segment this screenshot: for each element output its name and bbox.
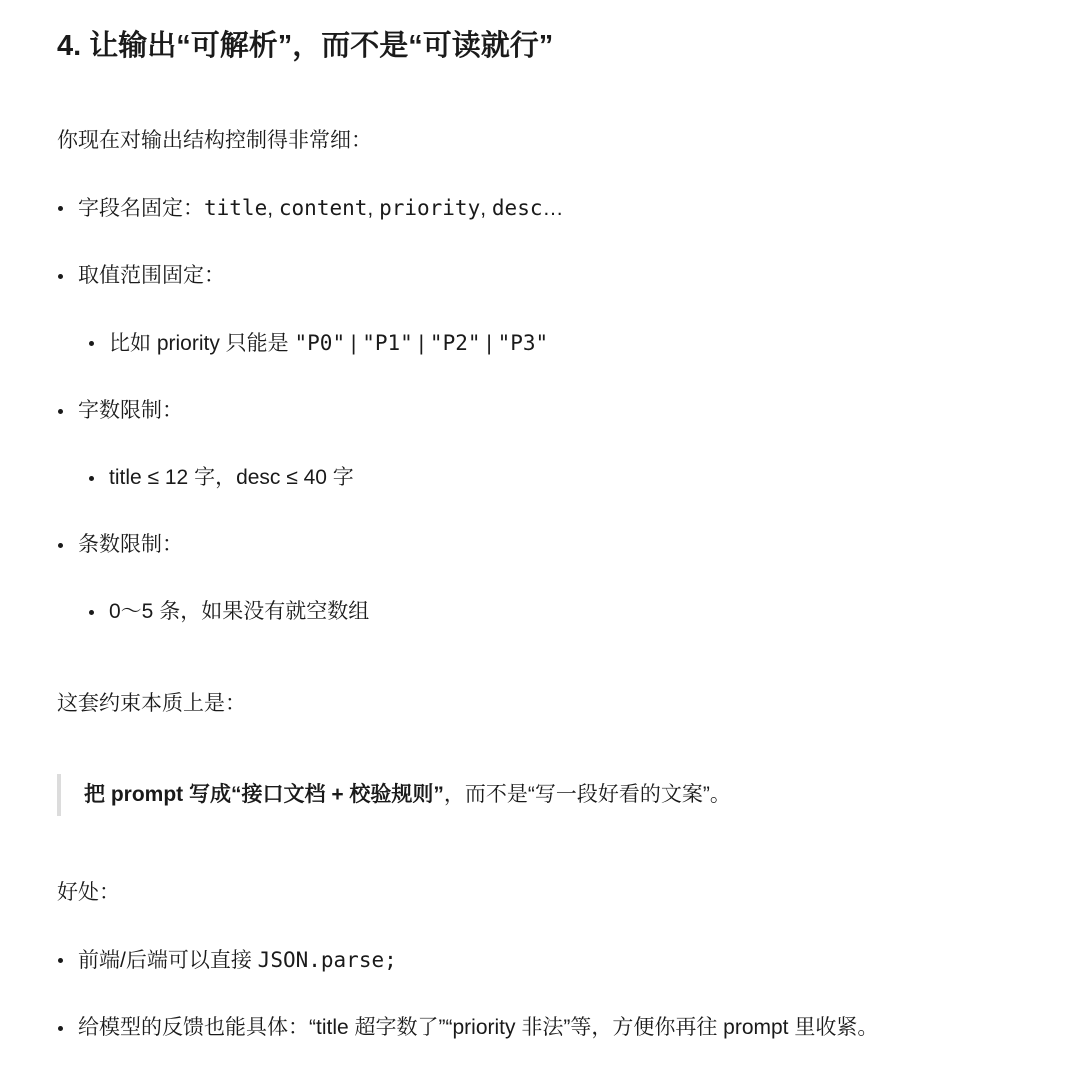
bullet-icon [89, 341, 94, 346]
bullet-icon [58, 543, 63, 548]
text-run: … [542, 197, 563, 220]
article-page: 4. 让输出“可解析”，而不是“可读就行” 你现在对输出结构控制得非常细： 字段… [0, 0, 1080, 1073]
intro-paragraph: 你现在对输出结构控制得非常细： [57, 127, 1022, 155]
bullet-icon [58, 1026, 63, 1031]
list-item-field-names: 字段名固定：title, content, priority, desc… [57, 194, 1022, 223]
code-span: "P0" [295, 331, 346, 355]
bullet-icon [58, 274, 63, 279]
benefits-paragraph: 好处： [57, 879, 1022, 907]
quote-bold-text: 把 prompt 写成“接口文档 + 校验规则” [84, 783, 444, 806]
list-item-json-parse: 前端/后端可以直接 JSON.parse; [57, 946, 1022, 975]
sub-item-priority-values: 比如 priority 只能是 "P0" | "P1" | "P2" | "P3… [88, 329, 1022, 358]
code-span: desc [492, 196, 543, 220]
list-item-text: 比如 priority 只能是 "P0" | "P1" | "P2" | "P3… [109, 329, 548, 358]
text-run: 字段名固定： [78, 197, 204, 220]
text-run: , [367, 197, 379, 220]
quote-rest-text: ，而不是“写一段好看的文案”。 [444, 783, 731, 806]
list-item-text: 字数限制： [78, 397, 183, 425]
list-item-text: 0～5 条，如果没有就空数组 [109, 598, 369, 626]
mid-paragraph: 这套约束本质上是： [57, 690, 1022, 718]
code-span: content [279, 196, 368, 220]
text-run: 前端/后端可以直接 [78, 949, 258, 972]
text-run: , [267, 197, 279, 220]
list-item-length-limit: 字数限制： [57, 397, 1022, 425]
list-item-text: title ≤ 12 字，desc ≤ 40 字 [109, 464, 354, 492]
sub-item-count-limit: 0～5 条，如果没有就空数组 [88, 598, 1022, 626]
bullet-icon [58, 958, 63, 963]
list-item-text: 取值范围固定： [78, 262, 225, 290]
list-item-text: 前端/后端可以直接 JSON.parse; [78, 946, 397, 975]
code-span: "P3" [498, 331, 549, 355]
text-run: , [480, 197, 492, 220]
code-span: "P1" [362, 331, 413, 355]
list-item-feedback: 给模型的反馈也能具体：“title 超字数了”“priority 非法”等，方便… [57, 1014, 1022, 1042]
code-span: priority [379, 196, 480, 220]
list-item-text: 给模型的反馈也能具体：“title 超字数了”“priority 非法”等，方便… [78, 1014, 878, 1042]
bullet-icon [89, 476, 94, 481]
list-item-text: 条数限制： [78, 531, 183, 559]
list-item-text: 字段名固定：title, content, priority, desc… [78, 194, 563, 223]
text-run: | [345, 332, 362, 355]
list-item-count-limit: 条数限制： [57, 531, 1022, 559]
code-span: JSON.parse; [258, 948, 397, 972]
text-run: 比如 priority 只能是 [109, 332, 295, 355]
text-run: | [413, 332, 430, 355]
code-span: "P2" [430, 331, 481, 355]
bullet-icon [89, 610, 94, 615]
sub-item-length-limit: title ≤ 12 字，desc ≤ 40 字 [88, 464, 1022, 492]
bullet-icon [58, 409, 63, 414]
list-item-value-range: 取值范围固定： [57, 262, 1022, 290]
text-run: | [481, 332, 498, 355]
blockquote: 把 prompt 写成“接口文档 + 校验规则”，而不是“写一段好看的文案”。 [57, 774, 1022, 816]
section-heading: 4. 让输出“可解析”，而不是“可读就行” [57, 28, 1022, 64]
bullet-icon [58, 206, 63, 211]
code-span: title [204, 196, 267, 220]
